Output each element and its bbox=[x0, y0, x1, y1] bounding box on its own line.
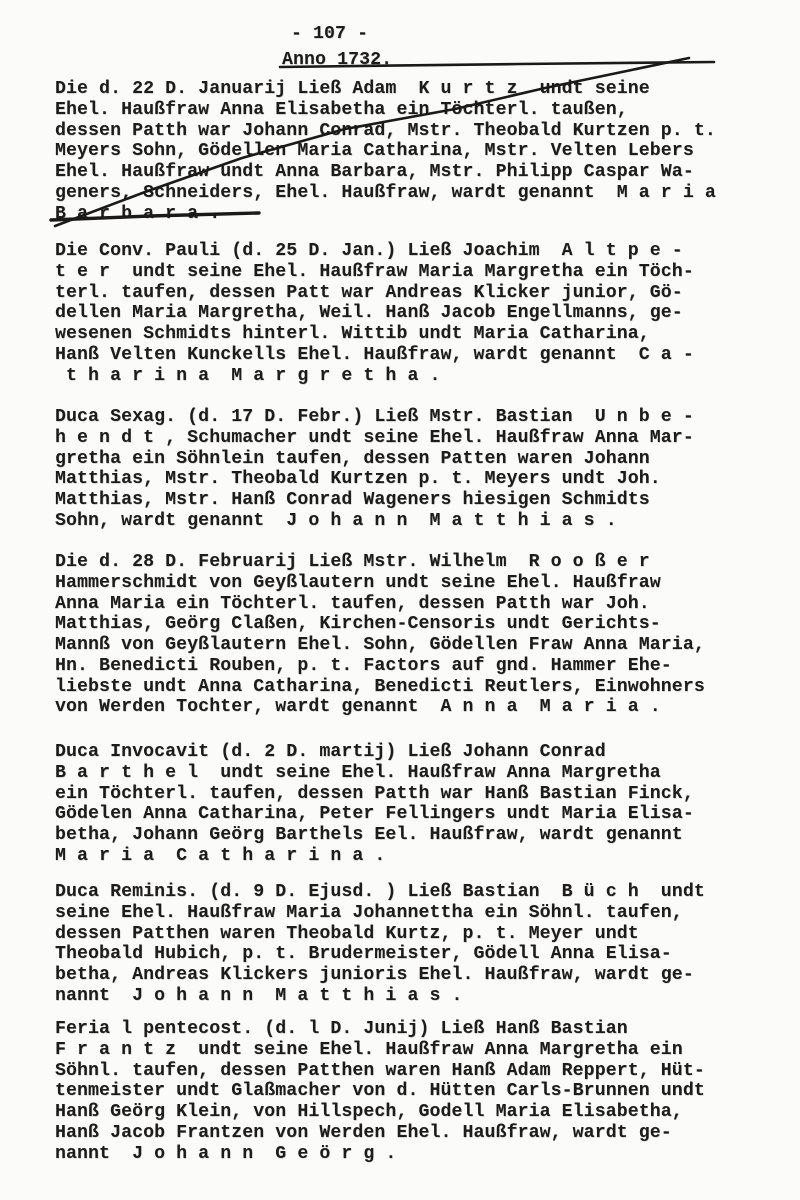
baptism-record-buch: Duca Reminis. (d. 9 D. Ejusd. ) Ließ Bas… bbox=[55, 882, 705, 1007]
baptism-record-unbehendt: Duca Sexag. (d. 17 D. Febr.) Ließ Mstr. … bbox=[55, 407, 694, 532]
baptism-record-kurtz: Die d. 22 D. Januarij Ließ Adam K u r t … bbox=[55, 79, 716, 224]
baptism-record-frantz: Feria l pentecost. (d. l D. Junij) Ließ … bbox=[55, 1019, 705, 1164]
baptism-record-barthel: Duca Invocavit (d. 2 D. martij) Ließ Joh… bbox=[55, 742, 694, 867]
baptism-record-roosser: Die d. 28 D. Februarij Ließ Mstr. Wilhel… bbox=[55, 552, 705, 718]
year-heading: Anno 1732. bbox=[282, 50, 392, 71]
baptism-record-altpeter: Die Conv. Pauli (d. 25 D. Jan.) Ließ Joa… bbox=[55, 241, 694, 386]
page-number: - 107 - bbox=[291, 24, 368, 45]
document-page: - 107 - Anno 1732. Die d. 22 D. Januarij… bbox=[0, 0, 800, 1200]
